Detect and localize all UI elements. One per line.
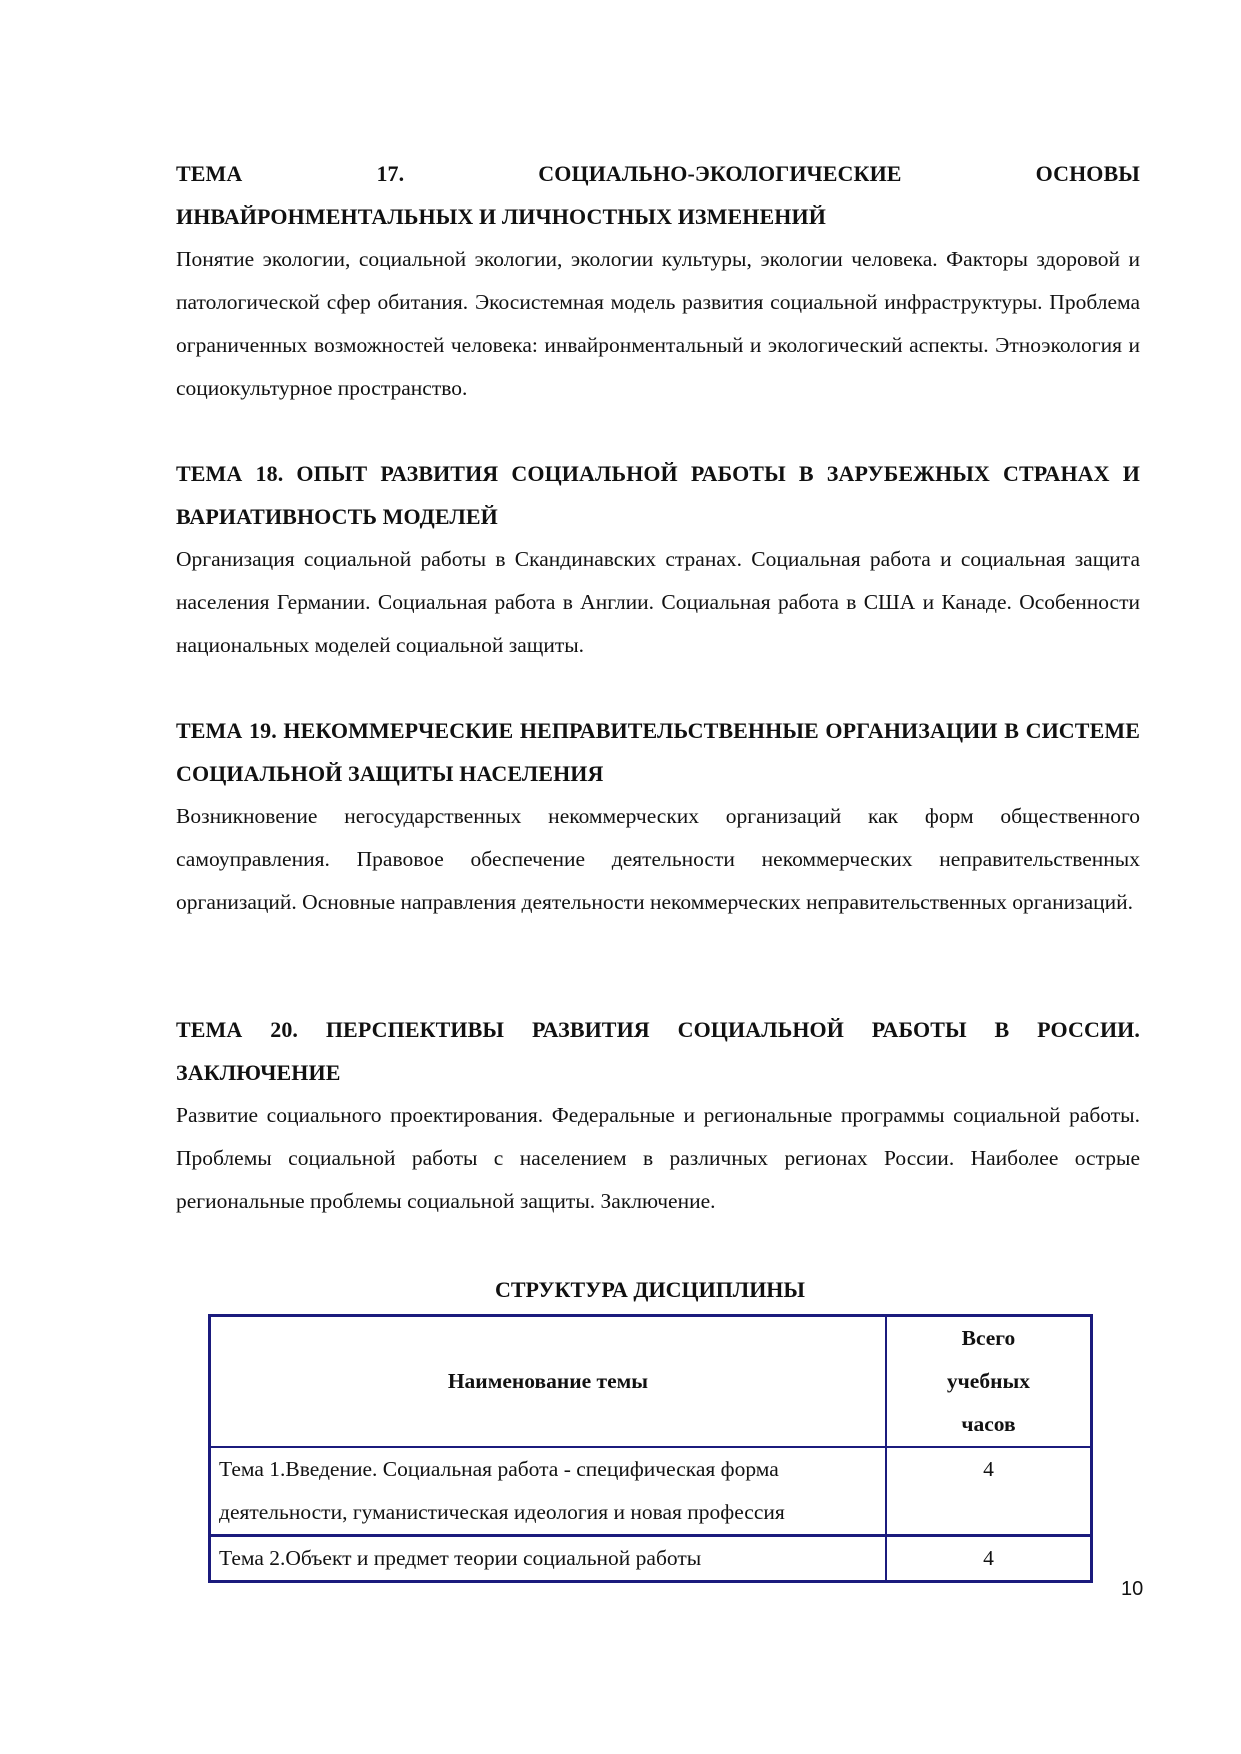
table-row: Тема 1.Введение. Социальная работа - спе…: [210, 1447, 1092, 1536]
heading-word: 17.: [376, 152, 404, 195]
section-body: Организация социальной работы в Скандина…: [176, 538, 1140, 667]
section-body: Возникновение негосударственных некоммер…: [176, 795, 1140, 924]
discipline-structure-table: Наименование темы Всего учебных часов Те…: [208, 1314, 1093, 1583]
header-hours-line: учебных: [895, 1360, 1082, 1403]
section-topic-19: ТЕМА 19. НЕКОММЕРЧЕСКИЕ НЕПРАВИТЕЛЬСТВЕН…: [176, 709, 1140, 924]
header-total-hours: Всего учебных часов: [886, 1316, 1092, 1448]
header-topic-name: Наименование темы: [210, 1316, 886, 1448]
table-row: Тема 2.Объект и предмет теории социально…: [210, 1536, 1092, 1582]
section-heading: ТЕМА 20. ПЕРСПЕКТИВЫ РАЗВИТИЯ СОЦИАЛЬНОЙ…: [176, 1008, 1140, 1094]
section-topic-20: ТЕМА 20. ПЕРСПЕКТИВЫ РАЗВИТИЯ СОЦИАЛЬНОЙ…: [176, 1008, 1140, 1223]
section-body: Развитие социального проектирования. Фед…: [176, 1094, 1140, 1223]
row-topic: Тема 1.Введение. Социальная работа - спе…: [210, 1447, 886, 1536]
table-header-row: Наименование темы Всего учебных часов: [210, 1316, 1092, 1448]
row-hours: 4: [886, 1536, 1092, 1582]
header-hours-line: Всего: [895, 1317, 1082, 1360]
row-hours: 4: [886, 1447, 1092, 1536]
heading-word: СОЦИАЛЬНО-ЭКОЛОГИЧЕСКИЕ: [538, 152, 901, 195]
page-number: 10: [1121, 1578, 1143, 1601]
section-heading-line2: ИНВАЙРОНМЕНТАЛЬНЫХ И ЛИЧНОСТНЫХ ИЗМЕНЕНИ…: [176, 195, 1140, 238]
section-topic-18: ТЕМА 18. ОПЫТ РАЗВИТИЯ СОЦИАЛЬНОЙ РАБОТЫ…: [176, 452, 1140, 667]
header-hours-line: часов: [895, 1403, 1082, 1446]
section-heading: ТЕМА 19. НЕКОММЕРЧЕСКИЕ НЕПРАВИТЕЛЬСТВЕН…: [176, 709, 1140, 795]
table-title: СТРУКТУРА ДИСЦИПЛИНЫ: [208, 1268, 1092, 1311]
row-topic: Тема 2.Объект и предмет теории социально…: [210, 1536, 886, 1582]
section-heading-line1: ТЕМА 17. СОЦИАЛЬНО-ЭКОЛОГИЧЕСКИЕ ОСНОВЫ: [176, 152, 1140, 195]
section-topic-17: ТЕМА 17. СОЦИАЛЬНО-ЭКОЛОГИЧЕСКИЕ ОСНОВЫ …: [176, 152, 1140, 410]
heading-word: ТЕМА: [176, 152, 242, 195]
section-heading: ТЕМА 18. ОПЫТ РАЗВИТИЯ СОЦИАЛЬНОЙ РАБОТЫ…: [176, 452, 1140, 538]
heading-word: ОСНОВЫ: [1036, 152, 1140, 195]
section-body: Понятие экологии, социальной экологии, э…: [176, 238, 1140, 410]
